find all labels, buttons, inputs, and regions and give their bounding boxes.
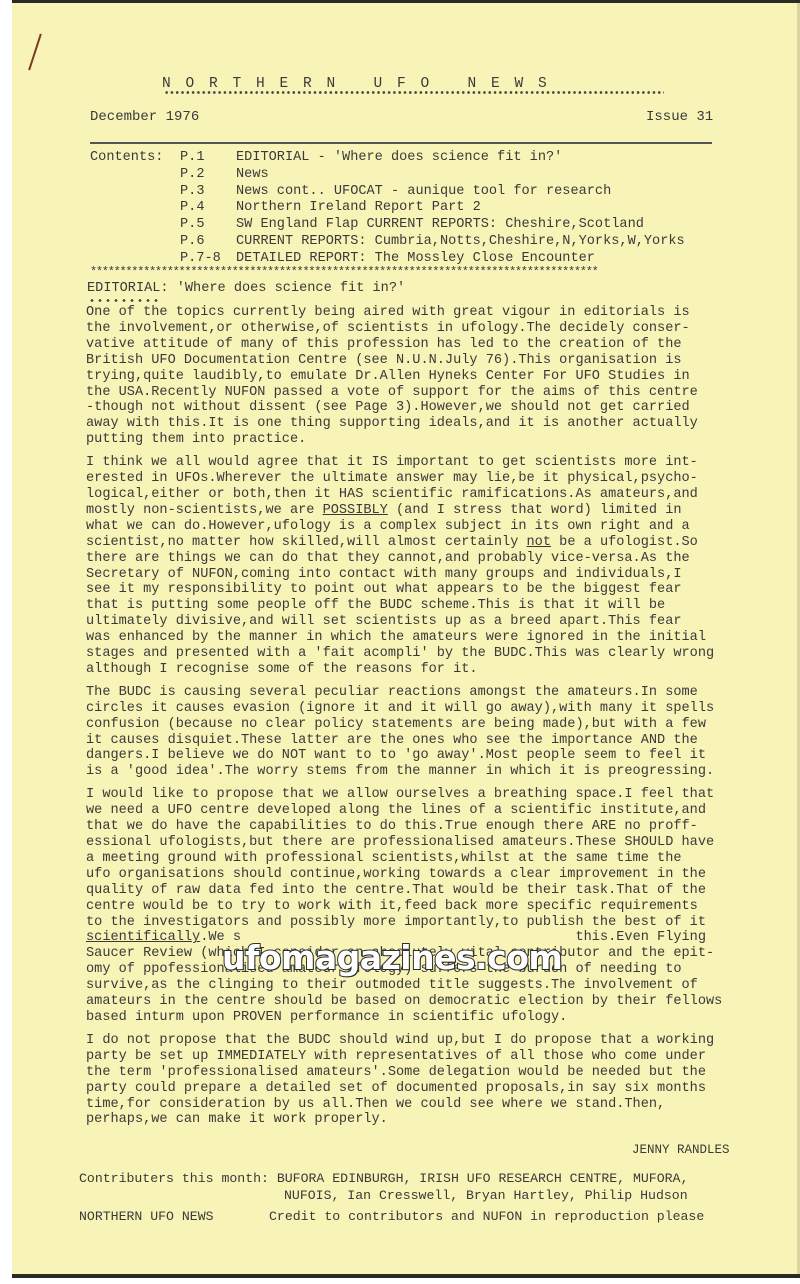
editorial-paragraph: I do not propose that the BUDC should wi…: [86, 1033, 736, 1128]
contents-item: P.5SW England Flap CURRENT REPORTS: Ches…: [180, 217, 740, 234]
text-line: that we do have the capabilities to do t…: [86, 819, 736, 835]
editorial-paragraph: I would like to propose that we allow ou…: [86, 787, 736, 1026]
footer-credit-note: Credit to contributors and NUFON in repr…: [269, 1209, 704, 1224]
contents-page-number: P.1: [180, 150, 236, 167]
text-line: vative attitude of many of this professi…: [86, 337, 736, 353]
text-line: time,for consideration by us all.Then we…: [86, 1097, 736, 1113]
text-line: -though not without dissent (see Page 3)…: [86, 400, 736, 416]
text-line: that is putting some people off the BUDC…: [86, 598, 736, 614]
contents-item: P.3News cont.. UFOCAT - aunique tool for…: [180, 184, 740, 201]
text-line: The BUDC is causing several peculiar rea…: [86, 685, 736, 701]
contents-item-title: CURRENT REPORTS: Cumbria,Notts,Cheshire,…: [236, 234, 685, 251]
text-line: amateurs in the centre should be based o…: [86, 994, 736, 1010]
text-line: the USA.Recently NUFON passed a vote of …: [86, 385, 736, 401]
header-rule: [90, 142, 712, 144]
editorial-paragraph: The BUDC is causing several peculiar rea…: [86, 685, 736, 780]
text-line: based inturm upon PROVEN performance in …: [86, 1010, 736, 1026]
text-line: scientist,no matter how skilled,will alm…: [86, 535, 736, 551]
footer-publication: NORTHERN UFO NEWS: [79, 1209, 214, 1224]
text-line: circles it causes evasion (ignore it and…: [86, 701, 736, 717]
text-line: mostly non-scientists,we are POSSIBLY (a…: [86, 503, 736, 519]
contributors-label: Contributers this month:: [79, 1171, 269, 1186]
contents-item: P.6CURRENT REPORTS: Cumbria,Notts,Cheshi…: [180, 234, 740, 251]
text-line: survive,as the clinging to their outmode…: [86, 978, 736, 994]
text-line: erested in UFOs.Wherever the ultimate an…: [86, 471, 736, 487]
masthead-dotted-underline: [164, 90, 664, 96]
text-line: the term 'professionalised amateurs'.Som…: [86, 1065, 736, 1081]
text-line: to the investigators and possibly more i…: [86, 915, 736, 931]
contributors-line-2: NUFOIS, Ian Cresswell, Bryan Hartley, Ph…: [79, 1187, 688, 1204]
contents-page-number: P.3: [180, 184, 236, 201]
contents-page-number: P.6: [180, 234, 236, 251]
text-line: Secretary of NUFON,coming into contact w…: [86, 567, 736, 583]
star-separator: ****************************************…: [90, 265, 714, 279]
text-line: there are things we can do that they can…: [86, 551, 736, 567]
text-line: is a 'good idea'.The worry stems from th…: [86, 764, 736, 780]
text-line: we need a UFO centre developed along the…: [86, 803, 736, 819]
text-line: One of the topics currently being aired …: [86, 305, 736, 321]
contents-item: P.2News: [180, 167, 740, 184]
contents-item: P.1EDITORIAL - 'Where does science fit i…: [180, 150, 740, 167]
contents-list: P.1EDITORIAL - 'Where does science fit i…: [180, 150, 740, 268]
contents-page-number: P.5: [180, 217, 236, 234]
text-line: party could prepare a detailed set of do…: [86, 1081, 736, 1097]
contents-item-title: News cont.. UFOCAT - aunique tool for re…: [236, 184, 611, 201]
contents-page-number: P.4: [180, 200, 236, 217]
contents-item-title: SW England Flap CURRENT REPORTS: Cheshir…: [236, 217, 644, 234]
text-line: although I recognise some of the reasons…: [86, 662, 736, 678]
contents-item-title: Northern Ireland Report Part 2: [236, 200, 481, 217]
text-line: I think we all would agree that it IS im…: [86, 455, 736, 471]
contents-item-title: EDITORIAL - 'Where does science fit in?': [236, 150, 562, 167]
text-line: I do not propose that the BUDC should wi…: [86, 1033, 736, 1049]
text-line: quality of raw data fed into the centre.…: [86, 883, 736, 899]
watermark: ufomagazines.com: [222, 938, 562, 977]
text-line: ufo organisations should continue,workin…: [86, 867, 736, 883]
text-line: British UFO Documentation Centre (see N.…: [86, 353, 736, 369]
text-line: I would like to propose that we allow ou…: [86, 787, 736, 803]
text-line: putting them into practice.: [86, 432, 736, 448]
editorial-signature: JENNY RANDLES: [632, 1143, 730, 1157]
text-line: confusion (because no clear policy state…: [86, 717, 736, 733]
text-line: see it my responsibility to point out wh…: [86, 582, 736, 598]
text-line: a meeting ground with professional scien…: [86, 851, 736, 867]
text-line: it causes disquiet.These latter are the …: [86, 733, 736, 749]
contributors-section: Contributers this month: BUFORA EDINBURG…: [79, 1170, 688, 1204]
editorial-dotted-underline: [88, 298, 160, 303]
text-line: what we can do.However,ufology is a comp…: [86, 519, 736, 535]
contents-item-title: News: [236, 167, 269, 184]
newsletter-page: NORTHERN UFO NEWS December 1976 Issue 31…: [12, 0, 800, 1278]
contents-item: P.4Northern Ireland Report Part 2: [180, 200, 740, 217]
text-line: trying,quite laudibly,to emulate Dr.Alle…: [86, 369, 736, 385]
text-line: centre would be to try to work with it,f…: [86, 899, 736, 915]
text-line: ultimately divisive,and will set scienti…: [86, 614, 736, 630]
text-line: stages and presented with a 'fait acompl…: [86, 646, 736, 662]
text-line: perhaps,we can make it work properly.: [86, 1112, 736, 1128]
text-line: logical,either or both,then it HAS scien…: [86, 487, 736, 503]
text-line: dangers.I believe we do NOT want to to '…: [86, 748, 736, 764]
text-line: essional ufologists,but there are profes…: [86, 835, 736, 851]
contributors-line-1: BUFORA EDINBURGH, IRISH UFO RESEARCH CEN…: [277, 1171, 689, 1186]
text-line: the involvement,or otherwise,of scientis…: [86, 321, 736, 337]
issue-number: Issue 31: [646, 109, 713, 125]
text-line: party be set up IMMEDIATELY with represe…: [86, 1049, 736, 1065]
editorial-paragraph: I think we all would agree that it IS im…: [86, 455, 736, 678]
contents-label: Contents:: [90, 150, 163, 167]
editorial-body: One of the topics currently being aired …: [86, 305, 736, 1135]
text-line: away with this.It is one thing supportin…: [86, 416, 736, 432]
pen-mark: [28, 34, 42, 71]
contents-page-number: P.2: [180, 167, 236, 184]
text-line: was enhanced by the manner in which the …: [86, 630, 736, 646]
issue-date: December 1976: [90, 109, 199, 125]
editorial-title: EDITORIAL: 'Where does science fit in?': [87, 281, 405, 296]
editorial-paragraph: One of the topics currently being aired …: [86, 305, 736, 448]
